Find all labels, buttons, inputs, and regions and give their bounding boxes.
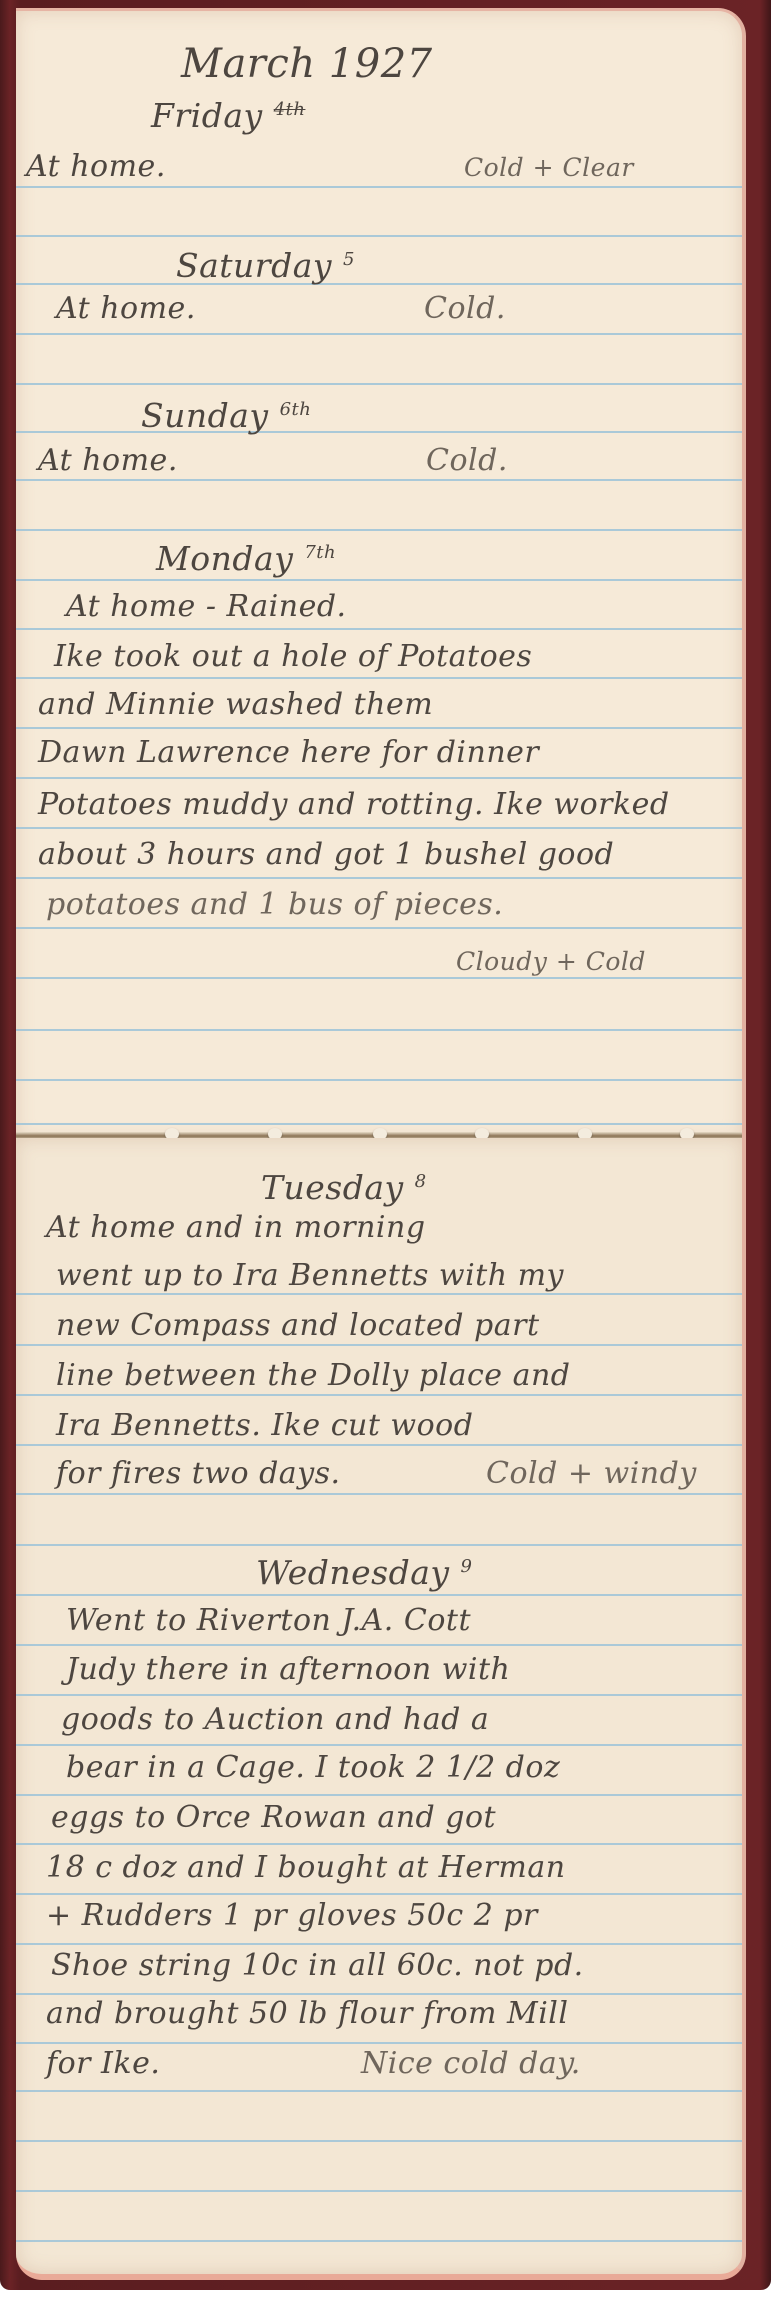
entry-line: Dawn Lawrence here for dinner xyxy=(38,735,539,770)
date-label: 5 xyxy=(343,249,355,270)
ruled-line xyxy=(16,977,742,979)
ruled-line xyxy=(16,529,742,531)
ruled-line xyxy=(16,1644,742,1646)
ruled-line xyxy=(16,628,742,630)
day-label: Tuesday xyxy=(261,1168,404,1207)
entry-line: Shoe string 10c in all 60c. not pd. xyxy=(51,1948,584,1983)
entry-line: for fires two days. xyxy=(56,1456,341,1491)
entry-line: Went to Riverton J.A. Cott xyxy=(66,1603,471,1638)
entry-day-wednesday: Wednesday 9 xyxy=(256,1553,473,1592)
entry-day-friday: Friday 4th xyxy=(151,96,305,135)
ruled-line xyxy=(16,186,742,188)
entry-line: and Minnie washed them xyxy=(38,687,433,722)
entry-day-tuesday: Tuesday 8 xyxy=(261,1168,427,1207)
entry-line: went up to Ira Bennetts with my xyxy=(56,1258,564,1293)
ruled-line xyxy=(16,927,742,929)
ruled-line xyxy=(16,727,742,729)
ruled-line xyxy=(16,2140,742,2142)
ruled-line xyxy=(16,1079,742,1081)
diary-book: March 1927 Friday 4th At home. Cold + Cl… xyxy=(0,0,771,2290)
entry-line: line between the Dolly place and xyxy=(56,1358,571,1393)
date-label: 8 xyxy=(415,1171,427,1192)
ruled-line xyxy=(16,1444,742,1446)
ruled-line xyxy=(16,1744,742,1746)
ruled-line xyxy=(16,283,742,285)
entry-line: At home. xyxy=(26,149,166,184)
ruled-line xyxy=(16,827,742,829)
ruled-line xyxy=(16,235,742,237)
ruled-line xyxy=(16,333,742,335)
ruled-line xyxy=(16,2042,742,2044)
entry-line: and brought 50 lb flour from Mill xyxy=(46,1996,569,2031)
ruled-line xyxy=(16,1893,742,1895)
ruled-line xyxy=(16,1694,742,1696)
entry-line: Judy there in afternoon with xyxy=(66,1652,510,1687)
day-label: Monday xyxy=(156,539,293,578)
date-label: 9 xyxy=(461,1556,473,1577)
weather-note: Cloudy + Cold xyxy=(456,947,646,976)
ruled-line xyxy=(16,1123,742,1125)
ruled-line xyxy=(16,1029,742,1031)
ruled-line xyxy=(16,677,742,679)
date-label: 7th xyxy=(304,542,336,563)
entry-line: At home and in morning xyxy=(46,1210,426,1245)
entry-line: about 3 hours and got 1 bushel good xyxy=(38,837,614,872)
entry-line: Ira Bennetts. Ike cut wood xyxy=(56,1408,473,1443)
date-label: 6th xyxy=(280,399,312,420)
day-label: Saturday xyxy=(176,246,332,285)
entry-line: + Rudders 1 pr gloves 50c 2 pr xyxy=(46,1898,538,1933)
date-label: 4th xyxy=(274,99,306,120)
entry-line: Potatoes muddy and rotting. Ike worked xyxy=(38,787,670,822)
entry-line: bear in a Cage. I took 2 1/2 doz xyxy=(66,1750,560,1785)
ruled-line xyxy=(16,2190,742,2192)
ruled-line xyxy=(16,479,742,481)
entry-line: new Compass and located part xyxy=(56,1308,540,1343)
ruled-line xyxy=(16,579,742,581)
entry-line: At home. xyxy=(56,291,196,326)
ruled-line xyxy=(16,383,742,385)
entry-line: At home. xyxy=(38,443,178,478)
diary-page-bottom: Tuesday 8 At home and in morning went up… xyxy=(16,1138,746,2280)
ruled-line xyxy=(16,1943,742,1945)
weather-note: Cold. xyxy=(424,291,506,326)
ruled-line xyxy=(16,1794,742,1796)
day-label: Wednesday xyxy=(256,1553,450,1592)
weather-note: Cold + Clear xyxy=(464,153,634,182)
ruled-line xyxy=(16,2240,742,2242)
ruled-line xyxy=(16,2090,742,2092)
ruled-line xyxy=(16,1493,742,1495)
entry-line: Ike took out a hole of Potatoes xyxy=(54,639,532,674)
day-label: Sunday xyxy=(141,396,269,435)
ruled-line xyxy=(16,1293,742,1295)
ruled-line xyxy=(16,1993,742,1995)
entry-line: eggs to Orce Rowan and got xyxy=(51,1800,496,1835)
month-heading: March 1927 xyxy=(181,41,433,87)
entry-line: for Ike. xyxy=(46,2046,160,2081)
entry-day-sunday: Sunday 6th xyxy=(141,396,311,435)
ruled-line xyxy=(16,1344,742,1346)
weather-note: Cold. xyxy=(426,443,508,478)
entry-line: 18 c doz and I bought at Herman xyxy=(46,1850,566,1885)
day-label: Friday xyxy=(151,96,263,135)
entry-day-saturday: Saturday 5 xyxy=(176,246,355,285)
weather-note: Cold + windy xyxy=(486,1456,697,1491)
entry-line: potatoes and 1 bus of pieces. xyxy=(46,887,503,922)
entry-line: goods to Auction and had a xyxy=(61,1702,489,1737)
diary-page-top: March 1927 Friday 4th At home. Cold + Cl… xyxy=(16,8,746,1141)
entry-day-monday: Monday 7th xyxy=(156,539,336,578)
ruled-line xyxy=(16,1544,742,1546)
weather-note: Nice cold day. xyxy=(361,2046,581,2081)
ruled-line xyxy=(16,1594,742,1596)
ruled-line xyxy=(16,431,742,433)
ruled-line xyxy=(16,1394,742,1396)
ruled-line xyxy=(16,777,742,779)
entry-line: At home - Rained. xyxy=(66,589,347,624)
ruled-line xyxy=(16,1843,742,1845)
ruled-line xyxy=(16,877,742,879)
